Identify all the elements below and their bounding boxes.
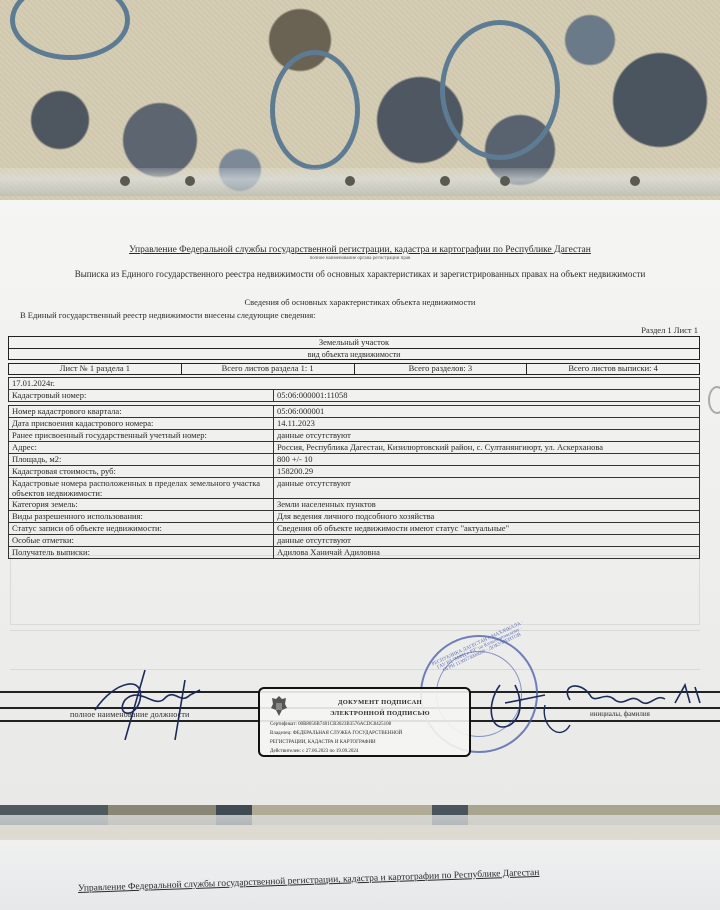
punch-hole bbox=[345, 176, 355, 186]
table-row: 17.01.2024г. bbox=[9, 378, 700, 390]
organization-caption: полное наименование органа регистрации п… bbox=[0, 256, 720, 261]
stamp-title: ДОКУМЕНТ ПОДПИСАН bbox=[300, 699, 460, 706]
table-row: Дата присвоения кадастрового номера:14.1… bbox=[9, 418, 700, 430]
field-label: Адрес: bbox=[9, 442, 274, 454]
next-page-organization: Управление Федеральной службы государств… bbox=[78, 868, 540, 894]
field-value: Россия, Республика Дагестан, Кизилюртовс… bbox=[274, 442, 700, 454]
extract-title: Выписка из Единого государственного реес… bbox=[0, 269, 720, 279]
certificate-owner-cont: РЕГИСТРАЦИИ, КАДАСТРА И КАРТОГРАФИИ bbox=[270, 740, 376, 745]
binder-hole bbox=[708, 386, 720, 414]
object-type-box: Земельный участок вид объекта недвижимос… bbox=[8, 336, 700, 360]
object-type-caption: вид объекта недвижимости bbox=[9, 348, 699, 359]
field-label: Категория земель: bbox=[9, 499, 274, 511]
field-value: данные отсутствуют bbox=[274, 478, 700, 499]
table-row: Кадастровые номера расположенных в преде… bbox=[9, 478, 700, 499]
fabric-pattern bbox=[270, 50, 360, 170]
show-through-page bbox=[10, 555, 700, 625]
field-label: Площадь, м2: bbox=[9, 454, 274, 466]
sheets-in-section: Всего листов раздела 1: 1 bbox=[182, 364, 355, 374]
table-row: Ранее присвоенный государственный учетны… bbox=[9, 430, 700, 442]
certificate-owner: Владелец: ФЕДЕРАЛЬНАЯ СЛУЖБА ГОСУДАРСТВЕ… bbox=[270, 731, 402, 736]
field-value: 158200.29 bbox=[274, 466, 700, 478]
field-label: Дата присвоения кадастрового номера: bbox=[9, 418, 274, 430]
field-value: 800 +/- 10 bbox=[274, 454, 700, 466]
total-sheets: Всего листов выписки: 4 bbox=[527, 364, 699, 374]
cadastral-header-table: 17.01.2024г. Кадастровый номер: 05:06:00… bbox=[8, 377, 700, 402]
certificate-number: Сертификат: 00B8056B7401CB3023B3576ACDC8… bbox=[270, 722, 391, 727]
extract-date: 17.01.2024г. bbox=[9, 378, 700, 390]
field-label: Ранее присвоенный государственный учетны… bbox=[9, 430, 274, 442]
field-label: Особые отметки: bbox=[9, 535, 274, 547]
intro-text: В Единый государственный реестр недвижим… bbox=[20, 310, 316, 320]
punch-hole bbox=[630, 176, 640, 186]
sheet-reference: Раздел 1 Лист 1 bbox=[641, 325, 698, 335]
field-value: Земли населенных пунктов bbox=[274, 499, 700, 511]
punch-hole bbox=[120, 176, 130, 186]
table-row: Виды разрешенного использования:Для веде… bbox=[9, 511, 700, 523]
signature-right bbox=[470, 665, 710, 745]
field-value: 05:06:000001 bbox=[274, 406, 700, 418]
punch-hole bbox=[500, 176, 510, 186]
next-document-page: Управление Федеральной службы государств… bbox=[0, 840, 720, 910]
sheet-meta-row: Лист № 1 раздела 1 Всего листов раздела … bbox=[8, 363, 700, 375]
object-type: Земельный участок bbox=[9, 337, 699, 348]
fabric-pattern bbox=[440, 20, 560, 160]
field-label: Номер кадастрового квартала: bbox=[9, 406, 274, 418]
field-value: 05:06:000001:11058 bbox=[274, 390, 700, 402]
signature-left bbox=[85, 670, 215, 740]
field-value: Сведения об объекте недвижимости имеют с… bbox=[274, 523, 700, 535]
field-label: Виды разрешенного использования: bbox=[9, 511, 274, 523]
field-value: данные отсутствуют bbox=[274, 535, 700, 547]
field-value: Для ведения личного подсобного хозяйства bbox=[274, 511, 700, 523]
punch-hole bbox=[440, 176, 450, 186]
organization-name: Управление Федеральной службы государств… bbox=[0, 245, 720, 255]
field-label: Статус записи об объекте недвижимости: bbox=[9, 523, 274, 535]
document-page: Управление Федеральной службы государств… bbox=[0, 200, 720, 805]
field-value: 14.11.2023 bbox=[274, 418, 700, 430]
fabric-pattern bbox=[10, 0, 130, 60]
table-row: Кадастровый номер: 05:06:000001:11058 bbox=[9, 390, 700, 402]
electronic-signature-stamp: ДОКУМЕНТ ПОДПИСАН ЭЛЕКТРОННОЙ ПОДПИСЬЮ С… bbox=[258, 687, 471, 757]
punch-hole bbox=[185, 176, 195, 186]
sheet-number: Лист № 1 раздела 1 bbox=[9, 364, 182, 374]
field-label: Кадастровые номера расположенных в преде… bbox=[9, 478, 274, 499]
table-row: Площадь, м2:800 +/- 10 bbox=[9, 454, 700, 466]
show-through-page bbox=[10, 630, 700, 670]
plastic-sleeve-edge bbox=[0, 168, 720, 196]
table-row: Особые отметки:данные отсутствуют bbox=[9, 535, 700, 547]
table-row: Адрес:Россия, Республика Дагестан, Кизил… bbox=[9, 442, 700, 454]
characteristics-table: Номер кадастрового квартала:05:06:000001… bbox=[8, 405, 700, 559]
field-label: Кадастровая стоимость, руб: bbox=[9, 466, 274, 478]
table-row: Статус записи об объекте недвижимости:Св… bbox=[9, 523, 700, 535]
stamp-subtitle: ЭЛЕКТРОННОЙ ПОДПИСЬЮ bbox=[300, 710, 460, 717]
sections-count: Всего разделов: 3 bbox=[355, 364, 528, 374]
table-row: Номер кадастрового квартала:05:06:000001 bbox=[9, 406, 700, 418]
table-row: Кадастровая стоимость, руб:158200.29 bbox=[9, 466, 700, 478]
coat-of-arms-icon bbox=[270, 695, 288, 717]
field-value: данные отсутствуют bbox=[274, 430, 700, 442]
field-label: Кадастровый номер: bbox=[9, 390, 274, 402]
table-row: Категория земель:Земли населенных пункто… bbox=[9, 499, 700, 511]
certificate-validity: Действителен: с 27.06.2023 по 19.09.2024 bbox=[270, 749, 358, 754]
section-title: Сведения об основных характеристиках объ… bbox=[0, 297, 720, 307]
